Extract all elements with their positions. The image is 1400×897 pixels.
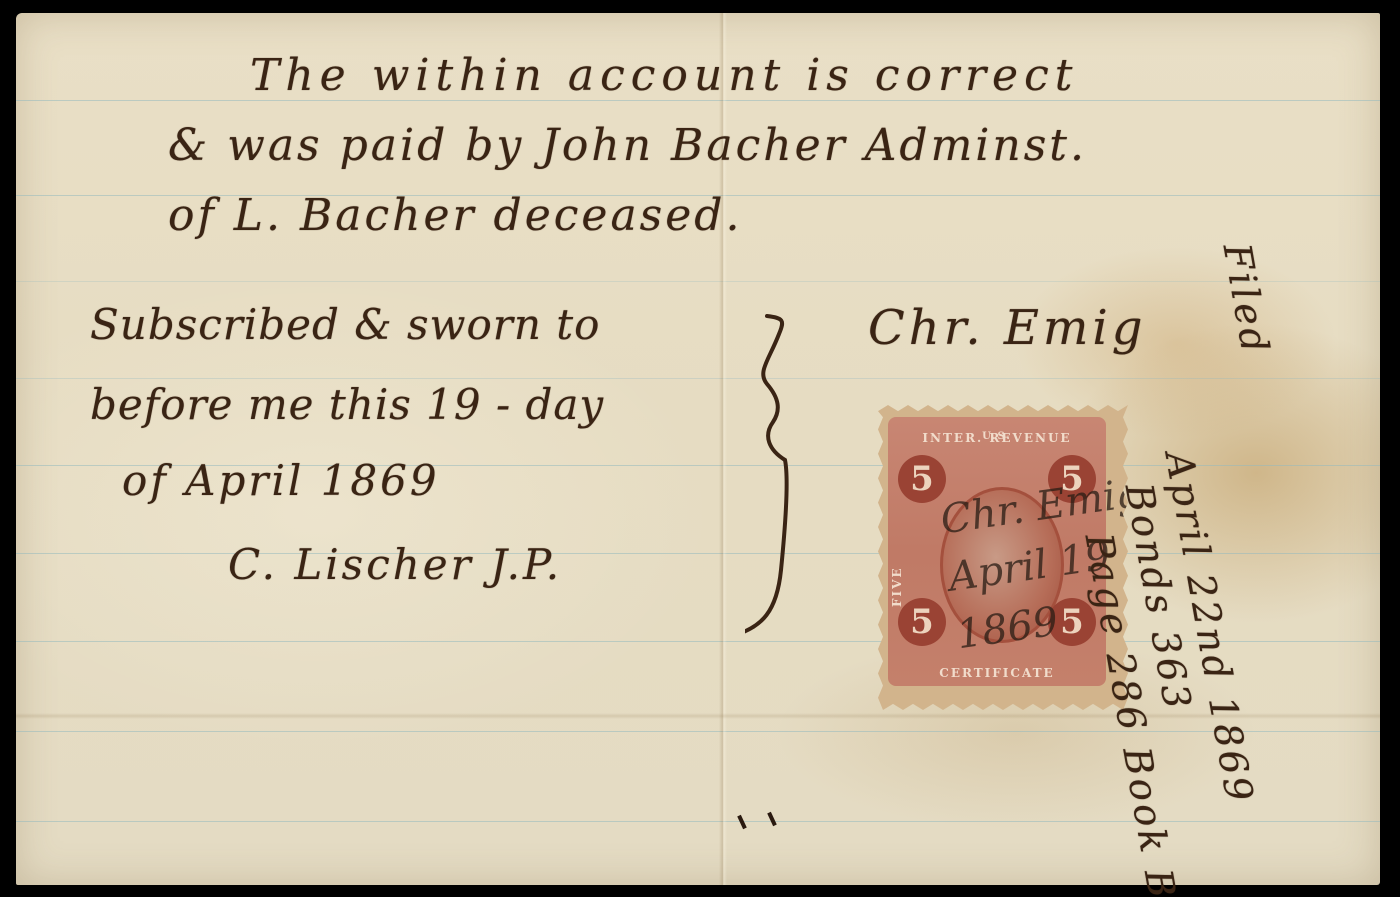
jurat-line-3: of April 1869 [122,456,440,505]
ruled-line [16,731,1380,732]
stamp-bottom-text: CERTIFICATE [888,666,1106,680]
statement-line-3: of L. Bacher deceased. [168,190,742,241]
jurat-line-2: before me this 19 - day [90,380,604,429]
stamp-face: U.S. INTER. REVENUE 5 5 5 5 FIVE CENTS C… [888,417,1106,686]
statement-line-2: & was paid by John Bacher Adminst. [168,120,1087,171]
ruled-line [16,378,1380,379]
statement-line-1: The within account is correct [250,50,1078,101]
jurat-line-1: Subscribed & sworn to [90,300,600,349]
affiant-signature: Chr. Emig [868,300,1146,356]
stamp-denomination: 5 [898,598,946,646]
stamp-left-text: FIVE [890,566,904,607]
ruled-line [16,281,1380,282]
jurat-signature: C. Lischer J.P. [228,540,562,589]
ruled-line [16,821,1380,822]
stamp-top-text: INTER. REVENUE [888,431,1106,445]
curly-brace-icon [745,310,805,640]
horizontal-fold-crease [16,713,1380,719]
